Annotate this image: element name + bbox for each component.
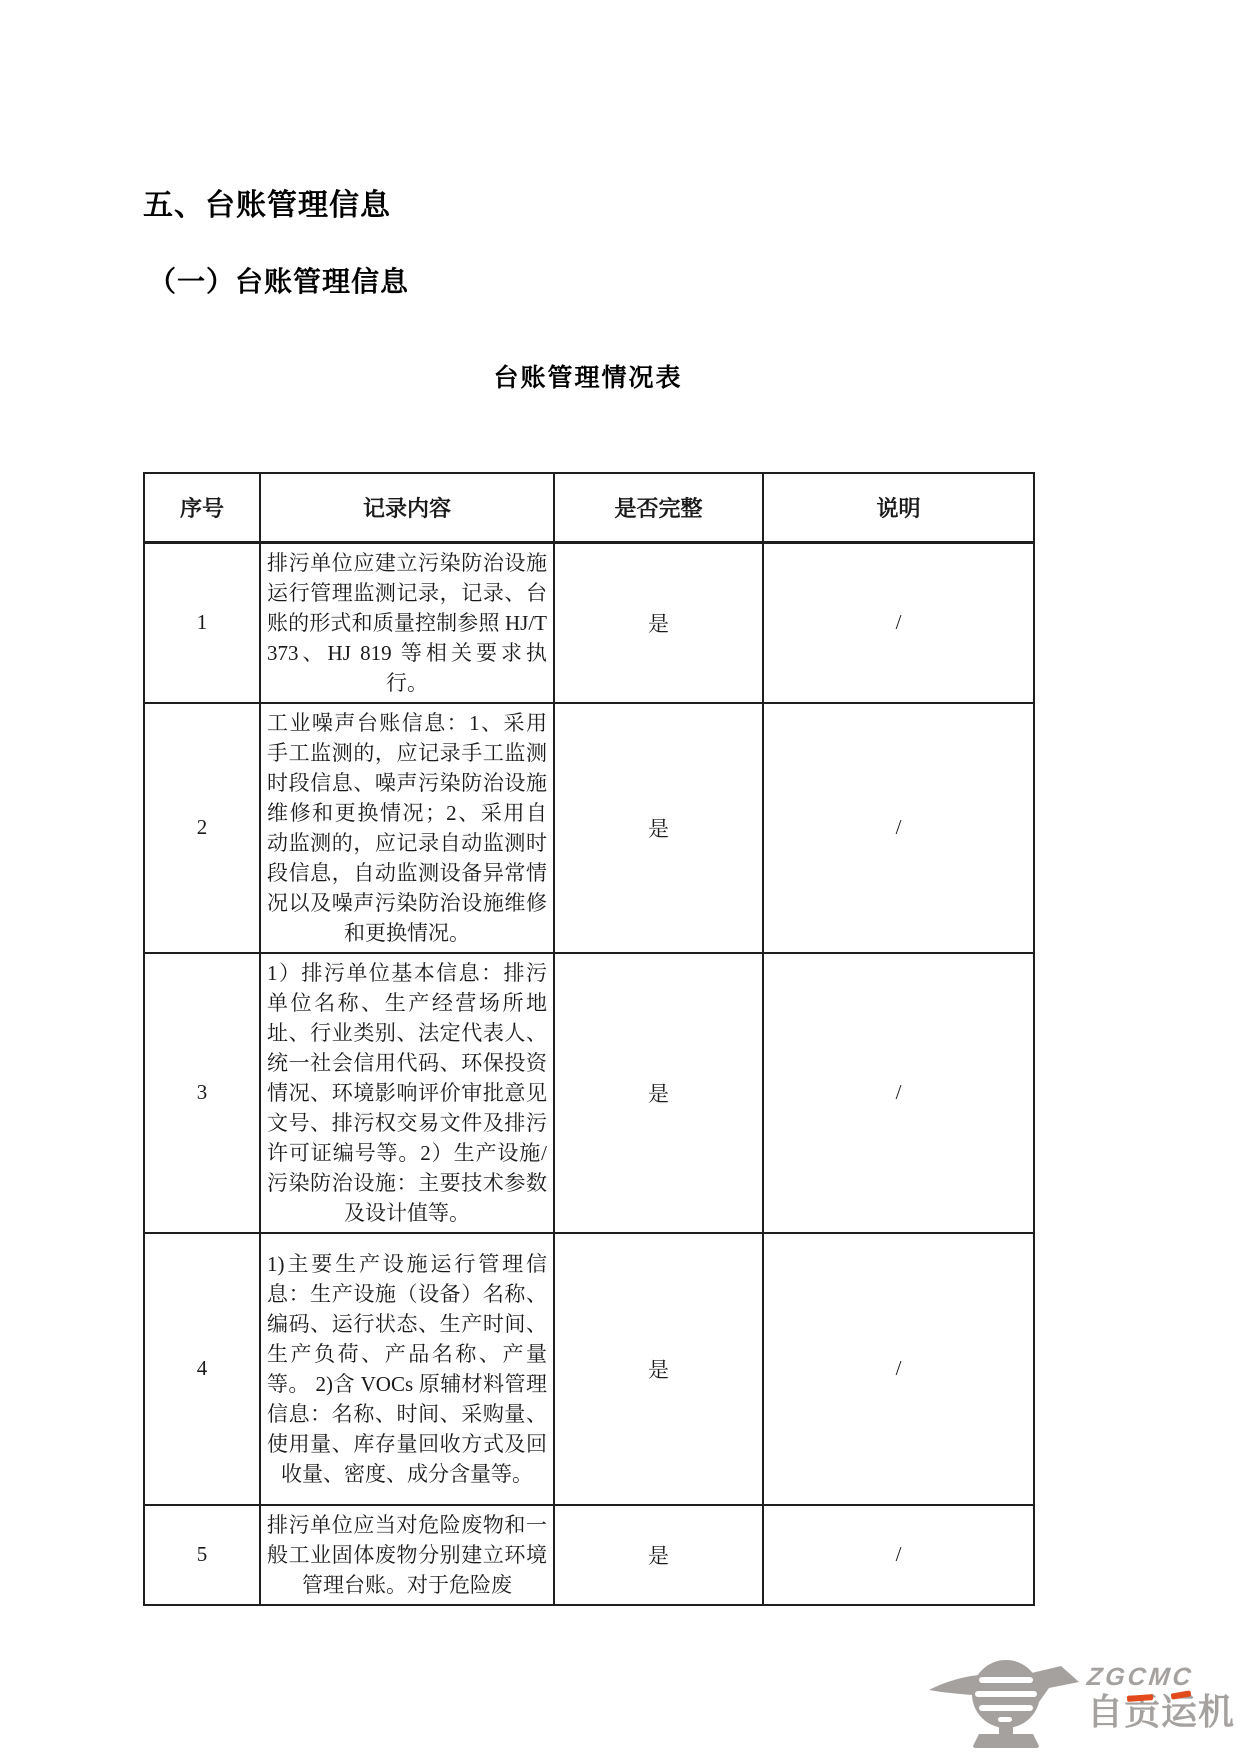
column-header-0: 序号	[144, 473, 260, 542]
column-header-2: 是否完整	[554, 473, 763, 542]
serial-cell: 5	[144, 1505, 260, 1605]
ledger-table: 序号记录内容是否完整说明 1排污单位应建立污染防治设施运行管理监测记录，记录、台…	[143, 472, 1035, 1606]
serial-cell: 1	[144, 542, 260, 703]
note-cell: /	[763, 1233, 1034, 1505]
serial-cell: 3	[144, 953, 260, 1233]
logo-text: ZGCMC 自贡运机	[1087, 1665, 1235, 1730]
table-row: 5排污单位应当对危险废物和一般工业固体废物分别建立环境管理台账。对于危险废是/	[144, 1505, 1034, 1605]
content-cell: 1)主要生产设施运行管理信息：生产设施（设备）名称、编码、运行状态、生产时间、生…	[260, 1233, 554, 1505]
complete-cell: 是	[554, 953, 763, 1233]
table-row: 1排污单位应建立污染防治设施运行管理监测记录，记录、台账的形式和质量控制参照 H…	[144, 542, 1034, 703]
company-logo: ZGCMC 自贡运机	[927, 1646, 1239, 1748]
logo-brand-en: ZGCMC	[1086, 1665, 1237, 1690]
complete-cell: 是	[554, 1505, 763, 1605]
complete-cell: 是	[554, 1233, 763, 1505]
logo-accent-mark	[1127, 1694, 1153, 1702]
serial-cell: 4	[144, 1233, 260, 1505]
table-row: 41)主要生产设施运行管理信息：生产设施（设备）名称、编码、运行状态、生产时间、…	[144, 1233, 1034, 1505]
column-header-1: 记录内容	[260, 473, 554, 542]
section-title: 五、台账管理信息	[143, 180, 391, 224]
bucket-wheel-machine-icon	[927, 1646, 1085, 1748]
table-row: 2工业噪声台账信息：1、采用手工监测的，应记录手工监测时段信息、噪声污染防治设施…	[144, 703, 1034, 953]
content-cell: 排污单位应建立污染防治设施运行管理监测记录，记录、台账的形式和质量控制参照 HJ…	[260, 542, 554, 703]
content-cell: 排污单位应当对危险废物和一般工业固体废物分别建立环境管理台账。对于危险废	[260, 1505, 554, 1605]
table-caption: 台账管理情况表	[143, 358, 1033, 394]
document-page: 五、台账管理信息 （一）台账管理信息 台账管理情况表 序号记录内容是否完整说明 …	[0, 0, 1241, 1754]
ledger-table-body: 1排污单位应建立污染防治设施运行管理监测记录，记录、台账的形式和质量控制参照 H…	[144, 542, 1034, 1605]
content-cell: 工业噪声台账信息：1、采用手工监测的，应记录手工监测时段信息、噪声污染防治设施维…	[260, 703, 554, 953]
content-cell: 1）排污单位基本信息：排污单位名称、生产经营场所地址、行业类别、法定代表人、统一…	[260, 953, 554, 1233]
logo-brand-zh: 自贡运机	[1087, 1694, 1235, 1730]
complete-cell: 是	[554, 703, 763, 953]
ledger-table-head-row: 序号记录内容是否完整说明	[144, 473, 1034, 542]
column-header-3: 说明	[763, 473, 1034, 542]
subsection-title: （一）台账管理信息	[148, 260, 409, 300]
serial-cell: 2	[144, 703, 260, 953]
note-cell: /	[763, 542, 1034, 703]
note-cell: /	[763, 953, 1034, 1233]
complete-cell: 是	[554, 542, 763, 703]
note-cell: /	[763, 703, 1034, 953]
note-cell: /	[763, 1505, 1034, 1605]
table-row: 31）排污单位基本信息：排污单位名称、生产经营场所地址、行业类别、法定代表人、统…	[144, 953, 1034, 1233]
